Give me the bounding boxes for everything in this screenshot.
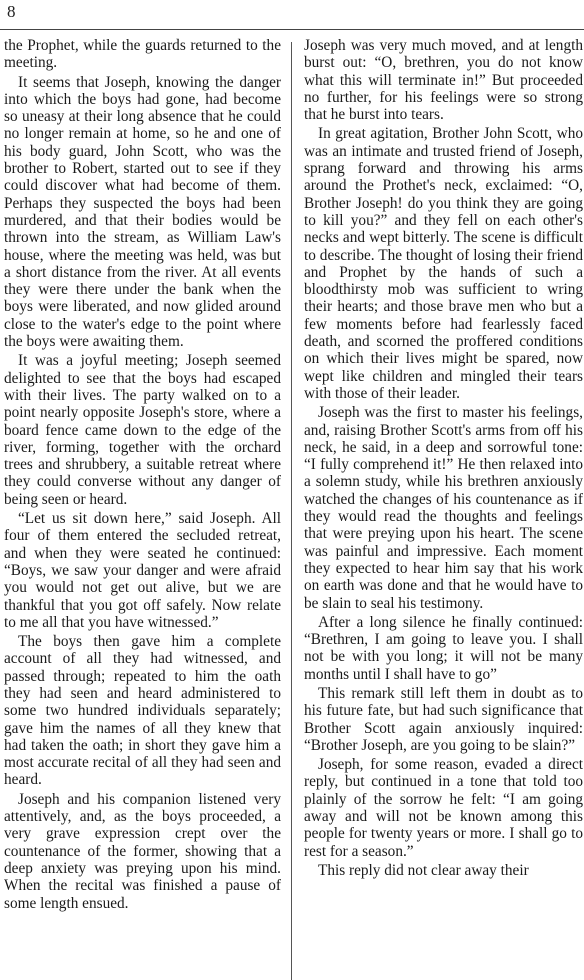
column-divider bbox=[291, 42, 292, 980]
paragraph: “Let us sit down here,” said Joseph. All… bbox=[4, 510, 281, 631]
right-column: Joseph was very much moved, and at lengt… bbox=[304, 37, 583, 881]
paragraph: In great agitation, Brother John Scott, … bbox=[304, 125, 583, 402]
left-column: the Prophet, while the guards returned t… bbox=[4, 37, 281, 914]
paragraph: This remark still left them in doubt as … bbox=[304, 685, 583, 754]
page-number: 8 bbox=[7, 1, 16, 23]
paragraph: It seems that Joseph, knowing the danger… bbox=[4, 74, 281, 351]
paragraph: The boys then gave him a complete accoun… bbox=[4, 633, 281, 789]
paragraph: the Prophet, while the guards returned t… bbox=[4, 37, 281, 72]
paragraph: Joseph, for some reason, evaded a direct… bbox=[304, 756, 583, 860]
paragraph: Joseph and his companion listened very a… bbox=[4, 791, 281, 912]
paragraph: It was a joyful meeting; Joseph seemed d… bbox=[4, 352, 281, 508]
paragraph: This reply did not clear away their bbox=[304, 862, 583, 879]
paragraph: After a long silence he finally continue… bbox=[304, 614, 583, 683]
paragraph: Joseph was the first to master his feeli… bbox=[304, 404, 583, 612]
paragraph: Joseph was very much moved, and at lengt… bbox=[304, 37, 583, 123]
header-rule bbox=[0, 29, 584, 30]
